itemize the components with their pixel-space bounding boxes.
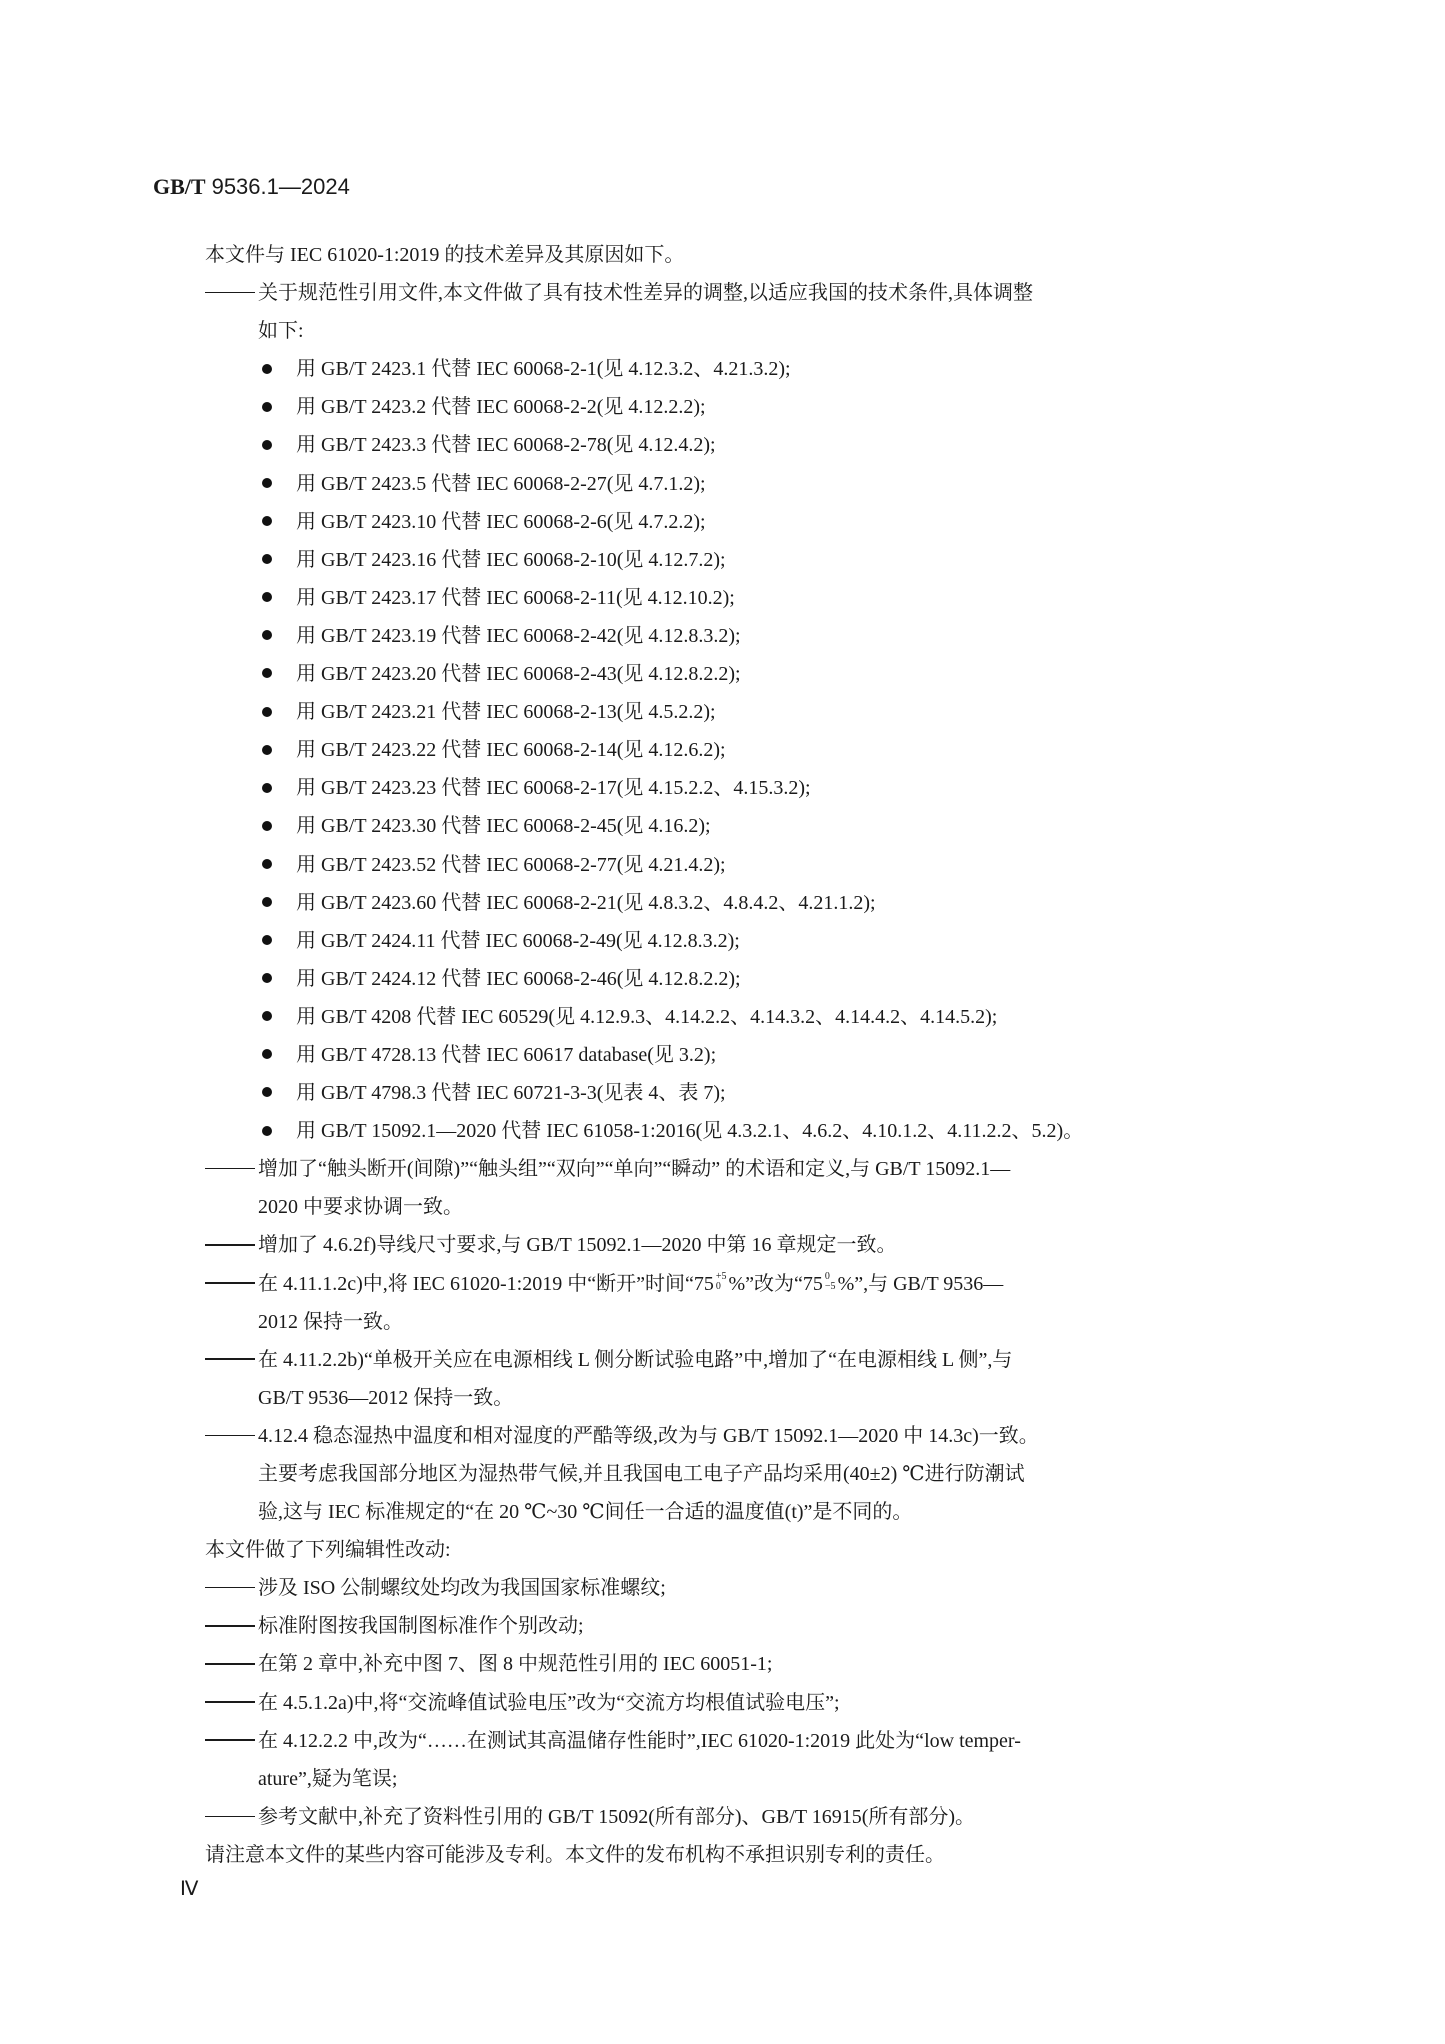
list-item: 用 GB/T 2423.21 代替 IEC 60068-2-13(见 4.5.2… bbox=[205, 693, 1285, 731]
bullet-icon bbox=[262, 478, 272, 488]
list-item: 用 GB/T 4728.13 代替 IEC 60617 database(见 3… bbox=[205, 1036, 1285, 1074]
list-item: 用 GB/T 2423.3 代替 IEC 60068-2-78(见 4.12.4… bbox=[205, 426, 1285, 464]
bullet-icon bbox=[262, 668, 272, 678]
bullet-icon bbox=[262, 554, 272, 564]
document-header: GB/T9536.1—2024 bbox=[153, 172, 350, 202]
dash-item-iso-thread: 涉及 ISO 公制螺纹处均改为我国国家标准螺纹; bbox=[205, 1569, 1285, 1607]
bullet-list: 用 GB/T 2423.1 代替 IEC 60068-2-1(见 4.12.3.… bbox=[205, 350, 1285, 1150]
em-dash-marker bbox=[205, 1722, 258, 1760]
standard-prefix: GB/T bbox=[153, 174, 206, 199]
dash-item-wire-size: 增加了 4.6.2f)导线尺寸要求,与 GB/T 15092.1—2020 中第… bbox=[205, 1226, 1285, 1264]
bullet-icon bbox=[262, 440, 272, 450]
dash-item-figures: 标准附图按我国制图标准作个别改动; bbox=[205, 1607, 1285, 1645]
list-item: 用 GB/T 2423.52 代替 IEC 60068-2-77(见 4.21.… bbox=[205, 846, 1285, 884]
document-body: 本文件与 IEC 61020-1:2019 的技术差异及其原因如下。 关于规范性… bbox=[205, 236, 1285, 1874]
dash-item-terms: 增加了“触头断开(间隙)”“触头组”“双向”“单向”“瞬动” 的术语和定义,与 … bbox=[205, 1150, 1285, 1188]
em-dash-marker bbox=[205, 1684, 258, 1722]
dash-item-damp-heat: 4.12.4 稳态湿热中温度和相对湿度的严酷等级,改为与 GB/T 15092.… bbox=[205, 1417, 1285, 1455]
em-dash-marker bbox=[205, 1645, 258, 1683]
bullet-icon bbox=[262, 745, 272, 755]
dash-item-continuation: 2020 中要求协调一致。 bbox=[205, 1188, 1285, 1226]
em-dash-marker bbox=[205, 1417, 258, 1455]
list-item: 用 GB/T 2423.1 代替 IEC 60068-2-1(见 4.12.3.… bbox=[205, 350, 1285, 388]
dash-item-chapter2: 在第 2 章中,补充中图 7、图 8 中规范性引用的 IEC 60051-1; bbox=[205, 1645, 1285, 1683]
bullet-icon bbox=[262, 859, 272, 869]
list-item: 用 GB/T 2424.11 代替 IEC 60068-2-49(见 4.12.… bbox=[205, 922, 1285, 960]
bullet-icon bbox=[262, 707, 272, 717]
bullet-icon bbox=[262, 935, 272, 945]
bullet-icon bbox=[262, 821, 272, 831]
standard-number: 9536.1—2024 bbox=[212, 174, 350, 199]
list-item: 用 GB/T 2423.60 代替 IEC 60068-2-21(见 4.8.3… bbox=[205, 884, 1285, 922]
em-dash-marker bbox=[205, 1341, 258, 1379]
bullet-icon bbox=[262, 1087, 272, 1097]
dash-item-single-pole: 在 4.11.2.2b)“单极开关应在电源相线 L 侧分断试验电路”中,增加了“… bbox=[205, 1341, 1285, 1379]
dash-item-continuation: 如下: bbox=[205, 312, 1285, 350]
list-item: 用 GB/T 2423.2 代替 IEC 60068-2-2(见 4.12.2.… bbox=[205, 388, 1285, 426]
em-dash-marker bbox=[205, 1265, 258, 1303]
editorial-intro: 本文件做了下列编辑性改动: bbox=[205, 1531, 1285, 1569]
bullet-icon bbox=[262, 973, 272, 983]
dash-item-continuation: GB/T 9536—2012 保持一致。 bbox=[205, 1379, 1285, 1417]
list-item: 用 GB/T 4798.3 代替 IEC 60721-3-3(见表 4、表 7)… bbox=[205, 1074, 1285, 1112]
bullet-icon bbox=[262, 1126, 272, 1136]
list-item: 用 GB/T 2423.23 代替 IEC 60068-2-17(见 4.15.… bbox=[205, 769, 1285, 807]
tolerance-stack: 0−5 bbox=[825, 1272, 836, 1292]
list-item: 用 GB/T 15092.1—2020 代替 IEC 61058-1:2016(… bbox=[205, 1112, 1285, 1150]
page-number: Ⅳ bbox=[180, 1876, 198, 1901]
em-dash-marker bbox=[205, 1607, 258, 1645]
dash-item-storage: 在 4.12.2.2 中,改为“……在测试其高温储存性能时”,IEC 61020… bbox=[205, 1722, 1285, 1760]
bullet-icon bbox=[262, 516, 272, 526]
list-item: 用 GB/T 2424.12 代替 IEC 60068-2-46(见 4.12.… bbox=[205, 960, 1285, 998]
em-dash-marker bbox=[205, 1569, 258, 1607]
patent-notice: 请注意本文件的某些内容可能涉及专利。本文件的发布机构不承担识别专利的责任。 bbox=[205, 1836, 1285, 1874]
em-dash-marker bbox=[205, 1798, 258, 1836]
list-item: 用 GB/T 2423.30 代替 IEC 60068-2-45(见 4.16.… bbox=[205, 807, 1285, 845]
dash-item-continuation: 2012 保持一致。 bbox=[205, 1303, 1285, 1341]
list-item: 用 GB/T 2423.17 代替 IEC 60068-2-11(见 4.12.… bbox=[205, 579, 1285, 617]
list-item: 用 GB/T 2423.10 代替 IEC 60068-2-6(见 4.7.2.… bbox=[205, 503, 1285, 541]
tolerance-stack: +50 bbox=[716, 1272, 727, 1292]
bullet-icon bbox=[262, 1049, 272, 1059]
list-item: 用 GB/T 2423.16 代替 IEC 60068-2-10(见 4.12.… bbox=[205, 541, 1285, 579]
list-item: 用 GB/T 2423.19 代替 IEC 60068-2-42(见 4.12.… bbox=[205, 617, 1285, 655]
em-dash-marker bbox=[205, 1226, 258, 1264]
dash-item-continuation: 主要考虑我国部分地区为湿热带气候,并且我国电工电子产品均采用(40±2) ℃进行… bbox=[205, 1455, 1285, 1493]
bullet-icon bbox=[262, 402, 272, 412]
bullet-icon bbox=[262, 630, 272, 640]
dash-item-bibliography: 参考文献中,补充了资料性引用的 GB/T 15092(所有部分)、GB/T 16… bbox=[205, 1798, 1285, 1836]
intro-paragraph: 本文件与 IEC 61020-1:2019 的技术差异及其原因如下。 bbox=[205, 236, 1285, 274]
dash-item-continuation: 验,这与 IEC 标准规定的“在 20 ℃~30 ℃间任一合适的温度值(t)”是… bbox=[205, 1493, 1285, 1531]
bullet-icon bbox=[262, 592, 272, 602]
list-item: 用 GB/T 2423.5 代替 IEC 60068-2-27(见 4.7.1.… bbox=[205, 465, 1285, 503]
dash-item-continuation: ature”,疑为笔误; bbox=[205, 1760, 1285, 1798]
em-dash-marker bbox=[205, 1150, 258, 1188]
dash-item-break-time: 在 4.11.1.2c)中,将 IEC 61020-1:2019 中“断开”时间… bbox=[205, 1265, 1285, 1303]
bullet-icon bbox=[262, 783, 272, 793]
dash-item-voltage: 在 4.5.1.2a)中,将“交流峰值试验电压”改为“交流方均根值试验电压”; bbox=[205, 1684, 1285, 1722]
em-dash-marker bbox=[205, 274, 258, 312]
list-item: 用 GB/T 2423.22 代替 IEC 60068-2-14(见 4.12.… bbox=[205, 731, 1285, 769]
list-item: 用 GB/T 4208 代替 IEC 60529(见 4.12.9.3、4.14… bbox=[205, 998, 1285, 1036]
bullet-icon bbox=[262, 364, 272, 374]
bullet-icon bbox=[262, 897, 272, 907]
dash-item-normative-refs: 关于规范性引用文件,本文件做了具有技术性差异的调整,以适应我国的技术条件,具体调… bbox=[205, 274, 1285, 312]
list-item: 用 GB/T 2423.20 代替 IEC 60068-2-43(见 4.12.… bbox=[205, 655, 1285, 693]
bullet-icon bbox=[262, 1011, 272, 1021]
